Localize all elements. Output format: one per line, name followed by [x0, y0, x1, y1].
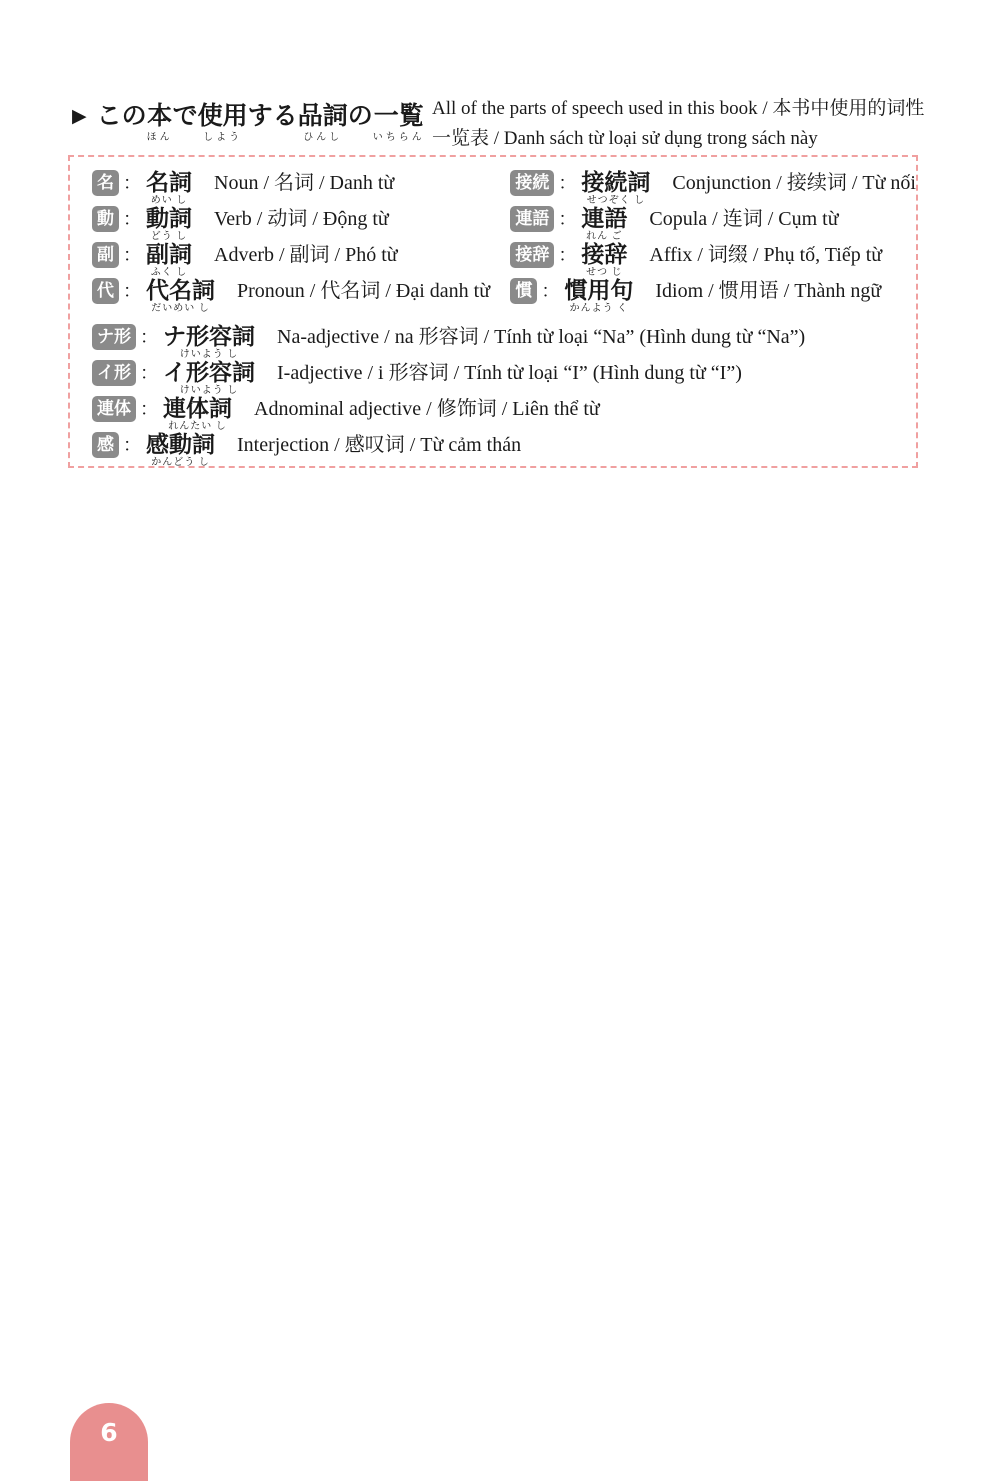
pos-right-column: 接続 ： 接続詞 せつぞく し Conjunction / 接续词 / Từ n…	[510, 170, 916, 314]
pos-badge: 慣	[510, 278, 537, 304]
colon-separator: ：	[558, 242, 576, 268]
pos-term: 感動詞 かんどう し	[146, 432, 215, 468]
pos-entry: ナ形 ： ナ形容詞 けいよう し Na-adjective / na 形容词 /…	[92, 324, 916, 360]
title-segment: で	[173, 100, 198, 132]
pos-badge: 感	[92, 432, 119, 458]
pos-entry: イ形 ： イ形容詞 けいよう し I-adjective / i 形容词 / T…	[92, 360, 916, 396]
pos-term-furigana: かんどう し	[146, 458, 215, 468]
title-segment-furigana: いちらん	[373, 132, 425, 144]
pos-entry: 連語 ： 連語 れん ご Copula / 连词 / Cụm từ	[510, 206, 916, 242]
pos-translation: Verb / 动词 / Động từ	[214, 206, 389, 233]
pos-entry: 感 ： 感動詞 かんどう し Interjection / 感叹词 / Từ c…	[92, 432, 916, 468]
pos-translation: Pronoun / 代名词 / Đại danh từ	[237, 278, 490, 305]
title-segment: 一覧 いちらん	[373, 100, 425, 144]
pos-term-furigana: れんたい し	[163, 422, 232, 432]
pos-translation: Adnominal adjective / 修饰词 / Liên thể từ	[254, 396, 600, 423]
pos-term: 連体詞 れんたい し	[163, 396, 232, 432]
pos-badge: 副	[92, 242, 119, 268]
pos-translation: Conjunction / 接续词 / Từ nối	[672, 170, 916, 197]
pos-translation: Idiom / 惯用语 / Thành ngữ	[655, 278, 881, 305]
pos-full-rows: ナ形 ： ナ形容詞 けいよう し Na-adjective / na 形容词 /…	[92, 324, 916, 468]
pos-badge: 接続	[510, 170, 554, 196]
pos-entry: 連体 ： 連体詞 れんたい し Adnominal adjective / 修饰…	[92, 396, 916, 432]
pos-badge: 名	[92, 170, 119, 196]
pos-term-kanji: 慣用句	[564, 278, 633, 304]
title-segment-furigana: ひんし	[298, 132, 348, 144]
pos-entry: 副 ： 副詞 ふく し Adverb / 副词 / Phó từ	[92, 242, 510, 278]
pos-term: 連語 れん ご	[581, 206, 627, 242]
pos-term-kanji: 連体詞	[163, 396, 232, 422]
pos-translation: Na-adjective / na 形容词 / Tính từ loại “Na…	[277, 324, 805, 351]
colon-separator: ：	[140, 324, 158, 350]
title-segment-text: 一覧	[373, 100, 425, 132]
pos-term: 副詞 ふく し	[146, 242, 192, 278]
pos-term-furigana: けいよう し	[163, 386, 255, 396]
pos-term-furigana: めい し	[146, 196, 192, 206]
pos-entry: 名 ： 名詞 めい し Noun / 名词 / Danh từ	[92, 170, 510, 206]
pos-badge: ナ形	[92, 324, 136, 350]
pos-term: 名詞 めい し	[146, 170, 192, 206]
pos-term: 接辞 せつ じ	[581, 242, 627, 278]
section-title-text: この 本 ほん で 使用 しよう する 品詞 ひんし の 一覧 いちらん	[97, 100, 425, 144]
colon-separator: ：	[541, 278, 559, 304]
colon-separator: ：	[558, 170, 576, 196]
pos-entry: 接続 ： 接続詞 せつぞく し Conjunction / 接续词 / Từ n…	[510, 170, 916, 206]
title-segment: 本 ほん	[147, 100, 173, 144]
colon-separator: ：	[123, 278, 141, 304]
pos-badge: 連語	[510, 206, 554, 232]
pos-translation: Affix / 词缀 / Phụ tố, Tiếp từ	[649, 242, 882, 269]
pos-term-furigana: れん ご	[581, 232, 627, 242]
title-segment-text: する	[248, 100, 298, 132]
pos-entry: 接辞 ： 接辞 せつ じ Affix / 词缀 / Phụ tố, Tiếp t…	[510, 242, 916, 278]
pos-left-column: 名 ： 名詞 めい し Noun / 名词 / Danh từ 動 ： 動詞 ど…	[92, 170, 510, 314]
title-segment-furigana: ほん	[147, 132, 173, 144]
colon-separator: ：	[558, 206, 576, 232]
pos-entry: 慣 ： 慣用句 かんよう く Idiom / 惯用语 / Thành ngữ	[510, 278, 916, 314]
section-title: ▶ この 本 ほん で 使用 しよう する 品詞 ひんし の 一覧 いちらん	[72, 100, 425, 144]
pos-term-kanji: 動詞	[146, 206, 192, 232]
colon-separator: ：	[123, 432, 141, 458]
title-segment-text: 本	[147, 100, 173, 132]
pos-term-furigana: かんよう く	[564, 304, 633, 314]
book-page: ▶ この 本 ほん で 使用 しよう する 品詞 ひんし の 一覧 いちらん A…	[0, 0, 1008, 1481]
pos-badge: 代	[92, 278, 119, 304]
section-subtitle: All of the parts of speech used in this …	[432, 94, 927, 154]
title-segment-text: で	[173, 100, 198, 132]
title-segment-text: の	[348, 100, 373, 132]
pos-translation: Copula / 连词 / Cụm từ	[649, 206, 838, 233]
pos-term-kanji: 名詞	[146, 170, 192, 196]
parts-of-speech-box: 名 ： 名詞 めい し Noun / 名词 / Danh từ 動 ： 動詞 ど…	[68, 155, 918, 468]
page-number: 6	[70, 1418, 148, 1447]
title-segment: この	[97, 100, 147, 132]
pos-term-kanji: 連語	[581, 206, 627, 232]
pos-translation: I-adjective / i 形容词 / Tính từ loại “I” (…	[277, 360, 742, 387]
title-segment: する	[248, 100, 298, 132]
pos-term-kanji: ナ形容詞	[163, 324, 255, 350]
colon-separator: ：	[140, 396, 158, 422]
pos-term: 接続詞 せつぞく し	[581, 170, 650, 206]
colon-separator: ：	[123, 242, 141, 268]
pos-term-kanji: イ形容詞	[163, 360, 255, 386]
pos-translation: Interjection / 感叹词 / Từ cảm thán	[237, 432, 521, 459]
title-segment-text: 品詞	[298, 100, 348, 132]
title-segment-text: 使用	[198, 100, 248, 132]
pos-term-furigana: どう し	[146, 232, 192, 242]
pos-badge: 動	[92, 206, 119, 232]
colon-separator: ：	[123, 170, 141, 196]
page-number-tab: 6	[70, 1403, 148, 1481]
pos-term: 慣用句 かんよう く	[564, 278, 633, 314]
pos-term-kanji: 代名詞	[146, 278, 215, 304]
pos-term-kanji: 接続詞	[581, 170, 650, 196]
pos-term-furigana: せつ じ	[581, 268, 627, 278]
pos-term-kanji: 副詞	[146, 242, 192, 268]
pos-term-kanji: 接辞	[581, 242, 627, 268]
pos-entry: 代 ： 代名詞 だいめい し Pronoun / 代名词 / Đại danh …	[92, 278, 510, 314]
title-segment: の	[348, 100, 373, 132]
pos-two-columns: 名 ： 名詞 めい し Noun / 名词 / Danh từ 動 ： 動詞 ど…	[92, 170, 916, 314]
title-segment: 品詞 ひんし	[298, 100, 348, 144]
pos-badge: 連体	[92, 396, 136, 422]
colon-separator: ：	[123, 206, 141, 232]
colon-separator: ：	[140, 360, 158, 386]
pos-translation: Adverb / 副词 / Phó từ	[214, 242, 398, 269]
pos-term: イ形容詞 けいよう し	[163, 360, 255, 396]
pos-badge: 接辞	[510, 242, 554, 268]
pos-term-furigana: だいめい し	[146, 304, 215, 314]
pos-term-kanji: 感動詞	[146, 432, 215, 458]
pos-term-furigana: けいよう し	[163, 350, 255, 360]
pos-term: 代名詞 だいめい し	[146, 278, 215, 314]
pos-entry: 動 ： 動詞 どう し Verb / 动词 / Động từ	[92, 206, 510, 242]
title-segment-text: この	[97, 100, 147, 132]
pos-translation: Noun / 名词 / Danh từ	[214, 170, 394, 197]
title-segment-furigana: しよう	[198, 132, 248, 144]
pos-term: ナ形容詞 けいよう し	[163, 324, 255, 360]
triangle-marker-icon: ▶	[72, 107, 87, 126]
pos-term: 動詞 どう し	[146, 206, 192, 242]
title-segment: 使用 しよう	[198, 100, 248, 144]
pos-term-furigana: ふく し	[146, 268, 192, 278]
pos-badge: イ形	[92, 360, 136, 386]
pos-term-furigana: せつぞく し	[581, 196, 650, 206]
